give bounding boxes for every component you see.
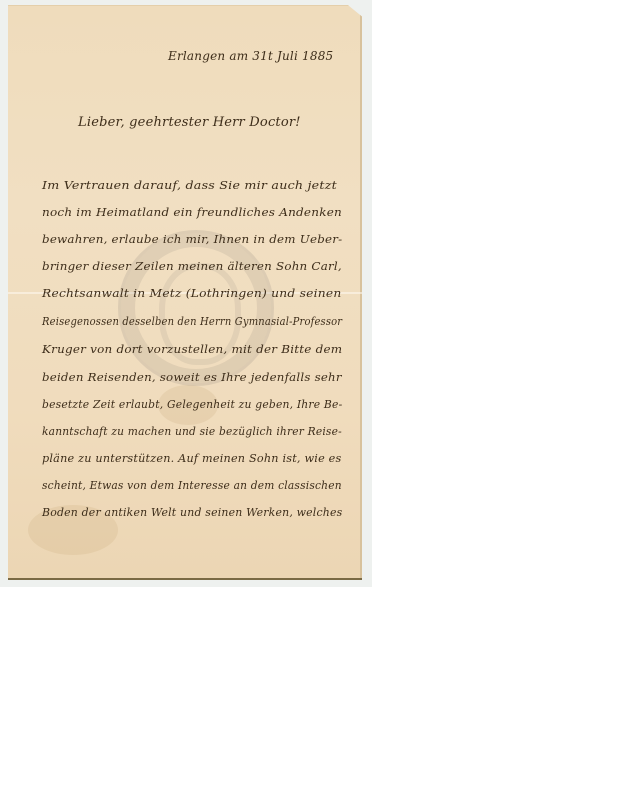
body-line: Boden der antiken Welt und seinen Werken… — [42, 506, 342, 519]
body-line: bewahren, erlaube ich mir, Ihnen in dem … — [42, 233, 342, 246]
body-line: Reisegenossen desselben den Herrn Gymnas… — [42, 315, 342, 328]
body-line: pläne zu unterstützen. Auf meinen Sohn i… — [42, 452, 341, 465]
body-line: bringer dieser Zeilen meinen älteren Soh… — [42, 260, 342, 273]
body-line: noch im Heimatland ein freundliches Ande… — [42, 206, 342, 219]
place-date: Erlangen am 31t Juli 1885 — [168, 49, 333, 63]
library-stamp — [118, 230, 274, 386]
body-line: Rechtsanwalt in Metz (Lothringen) und se… — [42, 287, 341, 300]
body-line: Im Vertrauen darauf, dass Sie mir auch j… — [42, 179, 337, 192]
body-line: kanntschaft zu machen und sie bezüglich … — [42, 425, 342, 438]
body-line: Kruger von dort vorzustellen, mit der Bi… — [42, 343, 342, 356]
body-line: scheint, Etwas von dem Interesse an dem … — [42, 479, 342, 492]
body-line: beiden Reisenden, soweit es Ihre jedenfa… — [42, 371, 342, 384]
body-line: besetzte Zeit erlaubt, Gelegenheit zu ge… — [42, 398, 342, 411]
letter-page: Erlangen am 31t Juli 1885 Lieber, geehrt… — [8, 5, 362, 580]
salutation: Lieber, geehrtester Herr Doctor! — [78, 115, 301, 130]
document-viewer: Erlangen am 31t Juli 1885 Lieber, geehrt… — [0, 0, 618, 800]
